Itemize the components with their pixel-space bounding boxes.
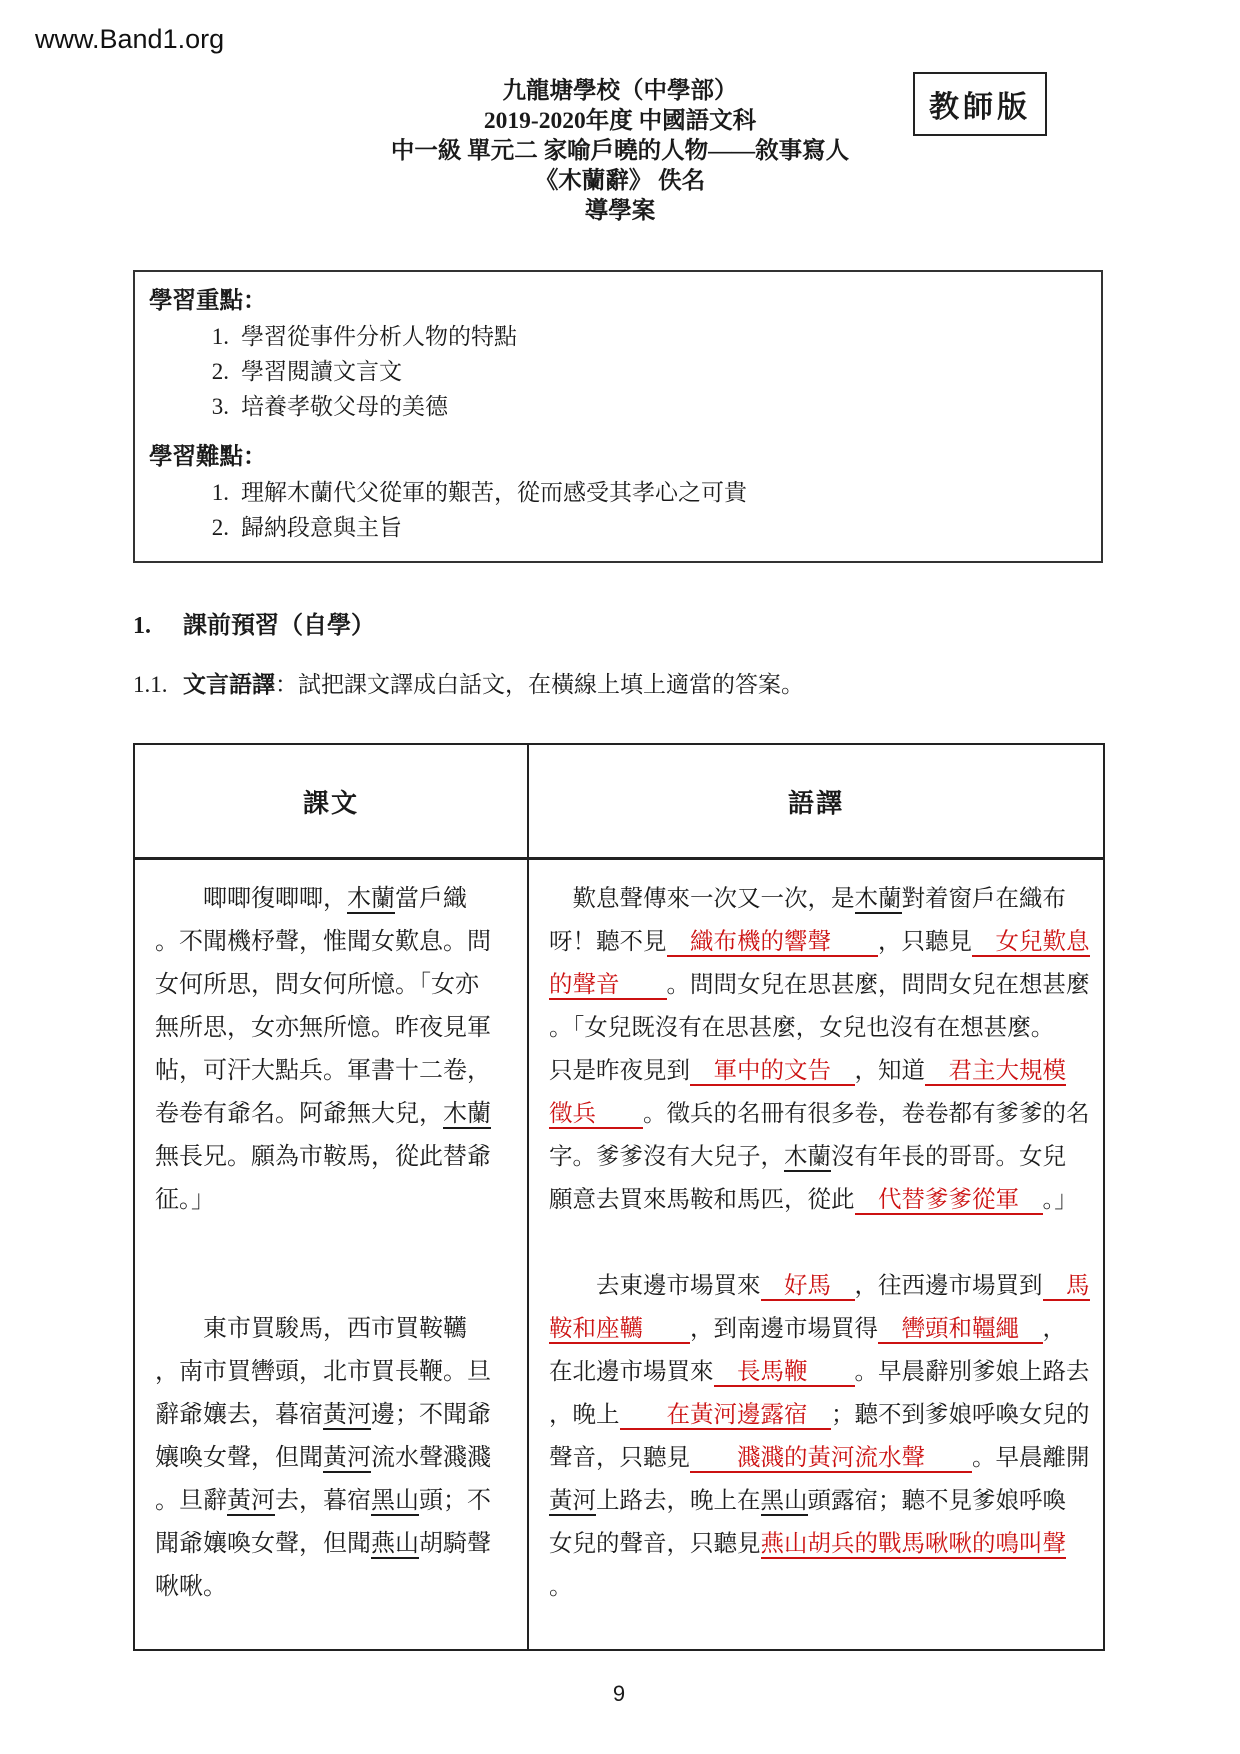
text-line: 聲音，只聽見 濺濺的黃河流水聲 。早晨離開 [549, 1437, 1083, 1480]
text-segment: 歎息聲傳來一次又一次，是 [549, 886, 855, 912]
text-segment: ，知道 [855, 1058, 926, 1084]
difficulty-list: 1.理解木蘭代父從軍的艱苦，從而感受其孝心之可貴2.歸納段意與主旨 [149, 475, 1087, 545]
unit-title: 中一級 單元二 家喻戶曉的人物——敘事寫人 [0, 136, 1240, 166]
answer-fill: 軍中的文告 [714, 1058, 832, 1086]
focus-title: 學習重點： [149, 284, 1087, 319]
answer-fill: 女兒歎息 [996, 929, 1090, 957]
answer-fill [831, 929, 878, 957]
translation-table: 課文 語譯 唧唧復唧唧，木蘭當戶織。不聞機杼聲，惟聞女歎息。問女何所思，問女何所… [133, 743, 1105, 1651]
text-segment: ；聽不到爹娘呼喚女兒的 [831, 1402, 1090, 1428]
text-segment: 去東邊市場買來 [549, 1273, 761, 1299]
text-segment: 。旦辭 [155, 1488, 227, 1514]
text-line: 征。」 [155, 1179, 507, 1222]
page-number: 9 [133, 1681, 1105, 1707]
objective-item-number: 1. [199, 475, 229, 510]
objective-item: 1.理解木蘭代父從軍的艱苦，從而感受其孝心之可貴 [149, 475, 1087, 510]
answer-fill [690, 1445, 737, 1473]
answer-fill: 的聲音 [549, 972, 620, 1000]
answer-fill [667, 929, 691, 957]
text-segment: ，南市買轡頭，北市買長鞭。旦 [155, 1359, 491, 1385]
text-line: 呀！聽不見 織布機的響聲 ，只聽見 女兒歎息 [549, 921, 1083, 964]
text-segment: 。徵兵的名冊有很多卷，卷卷都有爹爹的名 [643, 1101, 1090, 1127]
text-segment: 聲音，只聽見 [549, 1445, 690, 1471]
text-segment: 。」 [1043, 1187, 1078, 1213]
text-segment: ，只聽見 [878, 929, 972, 955]
lesson-title-author: 《木蘭辭》 佚名 [0, 166, 1240, 196]
text-line: 去東邊市場買來 好馬 ，往西邊市場買到 馬 [549, 1265, 1083, 1308]
text-segment: 去，暮宿 [275, 1488, 371, 1514]
text-segment: ， [1043, 1316, 1067, 1342]
source-text-cell: 唧唧復唧唧，木蘭當戶織。不聞機杼聲，惟聞女歎息。問女何所思，問女何所憶。「女亦無… [134, 859, 528, 1651]
text-segment: 字。爹爹沒有大兒子， [549, 1144, 784, 1170]
answer-fill [1019, 1316, 1043, 1344]
text-segment: 在北邊市場買來 [549, 1359, 714, 1385]
text-segment: 頭露宿；聽不見爹娘呼喚 [808, 1488, 1067, 1514]
text-segment: 無長兄。願為市鞍馬，從此替爺 [155, 1144, 491, 1170]
underlined-term: 木蘭 [443, 1101, 491, 1129]
text-segment: ，到南邊市場買得 [690, 1316, 878, 1342]
answer-fill: 轡頭和韁繩 [902, 1316, 1020, 1344]
text-line: 願意去買來馬鞍和馬匹，從此 代替爹爹從軍 。」 [549, 1179, 1083, 1222]
text-segment: 唧唧復唧唧， [155, 886, 347, 912]
answer-fill [620, 1402, 667, 1430]
underlined-term: 黑山 [761, 1488, 808, 1516]
objectives-box: 學習重點： 1.學習從事件分析人物的特點2.學習閱讀文言文3.培養孝敬父母的美德… [133, 270, 1103, 563]
text-line: 。「女兒既沒有在思甚麼，女兒也沒有在想甚麼。 [549, 1007, 1083, 1050]
section-number: 1. [133, 613, 183, 640]
text-segment: 。早晨離開 [972, 1445, 1090, 1471]
answer-fill [761, 1273, 785, 1301]
underlined-term: 黃河 [227, 1488, 275, 1516]
answer-fill [690, 1058, 714, 1086]
answer-fill [925, 1058, 949, 1086]
text-line: ，南市買轡頭，北市買長鞭。旦 [155, 1351, 507, 1394]
text-segment: 征。」 [155, 1187, 215, 1213]
text-segment: 聞爺孃喚女聲，但聞 [155, 1531, 371, 1557]
section-title: 課前預習（自學） [183, 613, 375, 639]
underlined-term: 木蘭 [784, 1144, 831, 1172]
answer-fill [620, 972, 667, 1000]
answer-fill: 徵兵 [549, 1101, 596, 1129]
document-type: 導學案 [0, 196, 1240, 226]
text-line: 黃河上路去，晚上在黑山頭露宿；聽不見爹娘呼喚 [549, 1480, 1083, 1523]
underlined-term: 木蘭 [347, 886, 395, 914]
answer-fill: 好馬 [784, 1273, 831, 1301]
underlined-term: 燕山 [371, 1531, 419, 1559]
underlined-term: 黑山 [371, 1488, 419, 1516]
column-header-translation: 語譯 [528, 744, 1104, 859]
answer-fill: 濺濺的黃河流水聲 [737, 1445, 925, 1473]
text-segment: 。問問女兒在思甚麼，問問女兒在想甚麼 [667, 972, 1090, 998]
text-segment: 女何所思，問女何所憶。「女亦 [155, 972, 479, 998]
answer-fill: 織布機的響聲 [690, 929, 831, 957]
objective-item: 2.歸納段意與主旨 [149, 510, 1087, 545]
objective-item: 3.培養孝敬父母的美德 [149, 389, 1087, 424]
underlined-term: 黃河 [323, 1445, 371, 1473]
text-segment: 頭；不 [419, 1488, 491, 1514]
site-watermark: www.Band1.org [35, 24, 224, 55]
table-header-row: 課文 語譯 [134, 744, 1104, 859]
objective-item-text: 培養孝敬父母的美德 [241, 389, 448, 424]
text-line: 辭爺孃去，暮宿黃河邊；不聞爺 [155, 1394, 507, 1437]
paragraph-gap [155, 1222, 507, 1265]
objective-item-number: 1. [199, 319, 229, 354]
text-segment: 邊；不聞爺 [371, 1402, 491, 1428]
difficulty-title: 學習難點： [149, 440, 1087, 475]
answer-fill [831, 1273, 855, 1301]
text-line: 無所思，女亦無所憶。昨夜見軍 [155, 1007, 507, 1050]
text-segment: ，往西邊市場買到 [855, 1273, 1043, 1299]
text-line: 。不聞機杼聲，惟聞女歎息。問 [155, 921, 507, 964]
text-segment: 無所思，女亦無所憶。昨夜見軍 [155, 1015, 491, 1041]
answer-fill [855, 1187, 879, 1215]
objective-item-number: 3. [199, 389, 229, 424]
text-segment: 上路去，晚上在 [596, 1488, 761, 1514]
teacher-edition-badge: 教師版 [913, 72, 1047, 136]
text-line: 。 [549, 1566, 1083, 1609]
text-line: 徵兵 。徵兵的名冊有很多卷，卷卷都有爹爹的名 [549, 1093, 1083, 1136]
answer-fill: 君主大規模 [949, 1058, 1067, 1086]
answer-fill [643, 1316, 690, 1344]
answer-fill [925, 1445, 972, 1473]
answer-fill [1043, 1273, 1067, 1301]
answer-fill [972, 929, 996, 957]
answer-fill: 馬 [1066, 1273, 1090, 1301]
text-line: 卷卷有爺名。阿爺無大兒，木蘭 [155, 1093, 507, 1136]
text-segment: 呀！聽不見 [549, 929, 667, 955]
text-line: 字。爹爹沒有大兒子，木蘭沒有年長的哥哥。女兒 [549, 1136, 1083, 1179]
underlined-term: 木蘭 [855, 886, 902, 914]
answer-fill: 燕山胡兵的戰馬啾啾的鳴叫聲 [761, 1531, 1067, 1559]
text-line: 無長兄。願為市鞍馬，從此替爺 [155, 1136, 507, 1179]
answer-fill [1019, 1187, 1043, 1215]
answer-fill [831, 1058, 855, 1086]
answer-fill [596, 1101, 643, 1129]
answer-fill: 代替爹爹從軍 [878, 1187, 1019, 1215]
subsection-instruction: ：試把課文譯成白話文，在橫線上填上適當的答案。 [275, 672, 804, 697]
text-line: 女兒的聲音，只聽見燕山胡兵的戰馬啾啾的鳴叫聲 [549, 1523, 1083, 1566]
text-segment: 孃喚女聲，但聞 [155, 1445, 323, 1471]
text-line: 在北邊市場買來 長馬鞭 。早晨辭別爹娘上路去 [549, 1351, 1083, 1394]
objective-item: 2.學習閱讀文言文 [149, 354, 1087, 389]
answer-fill [714, 1359, 738, 1387]
text-line: 歎息聲傳來一次又一次，是木蘭對着窗戶在織布 [549, 878, 1083, 921]
objective-item-text: 學習閱讀文言文 [241, 354, 402, 389]
objective-item-text: 學習從事件分析人物的特點 [241, 319, 517, 354]
objectives-spacer [149, 424, 1087, 440]
text-line: 女何所思，問女何所憶。「女亦 [155, 964, 507, 1007]
paragraph-gap [155, 1265, 507, 1308]
text-segment: 辭爺孃去，暮宿 [155, 1402, 323, 1428]
subsection-number: 1.1. [133, 672, 183, 698]
objective-item-text: 歸納段意與主旨 [241, 510, 402, 545]
answer-fill: 長馬鞭 [737, 1359, 808, 1387]
objective-item-number: 2. [199, 354, 229, 389]
text-segment: 流水聲濺濺 [371, 1445, 491, 1471]
text-segment: 。早晨辭別爹娘上路去 [855, 1359, 1090, 1385]
text-line: ，晚上 在黃河邊露宿 ；聽不到爹娘呼喚女兒的 [549, 1394, 1083, 1437]
text-segment: 卷卷有爺名。阿爺無大兒， [155, 1101, 443, 1127]
underlined-term: 黃河 [549, 1488, 596, 1516]
table-body-row: 唧唧復唧唧，木蘭當戶織。不聞機杼聲，惟聞女歎息。問女何所思，問女何所憶。「女亦無… [134, 859, 1104, 1651]
underlined-term: 黃河 [323, 1402, 371, 1430]
text-line: 。旦辭黃河去，暮宿黑山頭；不 [155, 1480, 507, 1523]
school-name: 九龍塘學校（中學部） [0, 76, 1240, 106]
text-line: 孃喚女聲，但聞黃河流水聲濺濺 [155, 1437, 507, 1480]
section-heading: 1.課前預習（自學） [133, 605, 1240, 640]
text-line: 鞍和座韉 ，到南邊市場買得 轡頭和韁繩 ， [549, 1308, 1083, 1351]
text-segment: ，晚上 [549, 1402, 620, 1428]
translation-text-cell: 歎息聲傳來一次又一次，是木蘭對着窗戶在織布呀！聽不見 織布機的響聲 ，只聽見 女… [528, 859, 1104, 1651]
text-segment: 女兒的聲音，只聽見 [549, 1531, 761, 1557]
text-segment: 願意去買來馬鞍和馬匹，從此 [549, 1187, 855, 1213]
text-segment: 帖，可汗大點兵。軍書十二卷， [155, 1058, 491, 1084]
text-line: 聞爺孃喚女聲，但聞燕山胡騎聲 [155, 1523, 507, 1566]
answer-fill: 鞍和座韉 [549, 1316, 643, 1344]
text-line: 唧唧復唧唧，木蘭當戶織 [155, 878, 507, 921]
focus-list: 1.學習從事件分析人物的特點2.學習閱讀文言文3.培養孝敬父母的美德 [149, 319, 1087, 424]
answer-fill: 在黃河邊露宿 [667, 1402, 808, 1430]
subsection-heading: 1.1.文言語譯：試把課文譯成白話文，在橫線上填上適當的答案。 [133, 666, 1240, 699]
text-segment: 啾啾。 [155, 1574, 227, 1600]
text-segment: 當戶織 [395, 886, 467, 912]
answer-fill [808, 1402, 832, 1430]
text-line: 只是昨夜見到 軍中的文告 ，知道 君主大規模 [549, 1050, 1083, 1093]
text-segment: 沒有年長的哥哥。女兒 [831, 1144, 1066, 1170]
text-segment: 東市買駿馬，西市買鞍韉 [155, 1316, 467, 1342]
text-segment: 。 [549, 1574, 573, 1600]
text-line: 東市買駿馬，西市買鞍韉 [155, 1308, 507, 1351]
year-subject: 2019-2020年度 中國語文科 [0, 106, 1240, 136]
text-segment: 。「女兒既沒有在思甚麼，女兒也沒有在想甚麼。 [549, 1015, 1054, 1041]
subsection-label: 文言語譯 [183, 672, 275, 697]
text-line: 啾啾。 [155, 1566, 507, 1609]
answer-fill [878, 1316, 902, 1344]
objective-item: 1.學習從事件分析人物的特點 [149, 319, 1087, 354]
text-line: 的聲音 。問問女兒在思甚麼，問問女兒在想甚麼 [549, 964, 1083, 1007]
text-segment: 對着窗戶在織布 [902, 886, 1067, 912]
text-line: 帖，可汗大點兵。軍書十二卷， [155, 1050, 507, 1093]
objective-item-number: 2. [199, 510, 229, 545]
column-header-source: 課文 [134, 744, 528, 859]
answer-fill [808, 1359, 855, 1387]
text-segment: 。不聞機杼聲，惟聞女歎息。問 [155, 929, 491, 955]
objective-item-text: 理解木蘭代父從軍的艱苦，從而感受其孝心之可貴 [241, 475, 747, 510]
text-segment: 胡騎聲 [419, 1531, 491, 1557]
paragraph-gap [549, 1222, 1083, 1265]
text-segment: 只是昨夜見到 [549, 1058, 690, 1084]
